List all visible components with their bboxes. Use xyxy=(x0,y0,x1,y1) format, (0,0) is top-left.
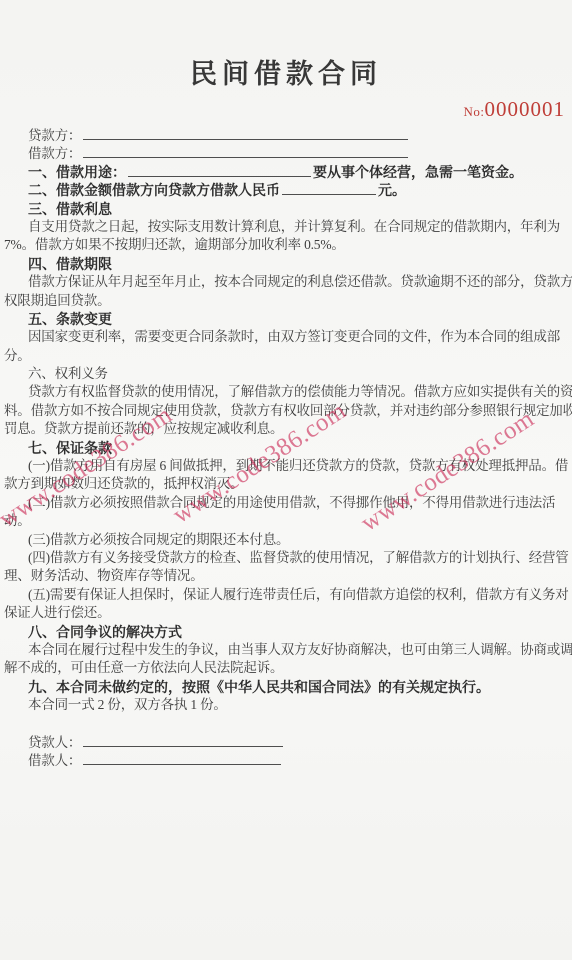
contract-line: 款方到期如数归还贷款的，抵押权消灭。 xyxy=(4,475,568,493)
fill-in-blank-line xyxy=(83,751,281,765)
line-text: 五、条款变更 xyxy=(28,311,112,327)
line-text: 料。借款方如不按合同规定使用贷款，贷款方有权收回部分贷款，并对违约部分参照银行规… xyxy=(4,403,572,418)
contract-line: 自支用贷款之日起，按实际支用数计算利息，并计算复利。在合同规定的借款期内，年利为 xyxy=(4,218,568,236)
line-text: 理、财务活动、物资库存等情况。 xyxy=(4,568,204,583)
lender-field: 贷款方： xyxy=(4,126,568,144)
line-text: 本合同在履行过程中发生的争议，由当事人双方友好协商解决，也可由第三人调解。协商或… xyxy=(28,642,572,657)
clause-8-heading: 八、合同争议的解决方式 xyxy=(4,623,568,641)
line-text: 借款方： xyxy=(28,146,81,161)
borrower-signature-field: 借款人： xyxy=(4,751,568,769)
contract-line: (二)借款方必须按照借款合同规定的用途使用借款，不得挪作他用，不得用借款进行违法… xyxy=(4,494,568,512)
contract-line: (四)借款方有义务接受贷款方的检查、监督贷款的使用情况，了解借款方的计划执行、经… xyxy=(4,549,568,567)
contract-line: 权限期追回贷款。 xyxy=(4,292,568,310)
line-text: 贷款方有权监督贷款的使用情况，了解借款方的偿债能力等情况。借款方应如实提供有关的… xyxy=(28,384,572,399)
line-text: 自支用贷款之日起，按实际支用数计算利息，并计算复利。在合同规定的借款期内，年利为 xyxy=(28,219,560,234)
line-text: 权限期追回贷款。 xyxy=(4,293,110,308)
contract-body: 贷款方：借款方：一、借款用途：要从事个体经营，急需一笔资金。二、借款金额借款方向… xyxy=(4,126,568,770)
contract-line: 分。 xyxy=(4,347,568,365)
contract-line: 因国家变更利率，需要变更合同条款时，由双方签订变更合同的文件，作为本合同的组成部 xyxy=(4,328,568,346)
lender-signature-field: 贷款人： xyxy=(4,733,568,751)
line-text: 本合同一式 2 份，双方各执 1 份。 xyxy=(28,697,227,712)
clause-5-heading: 五、条款变更 xyxy=(4,310,568,328)
line-text: 三、借款利息 xyxy=(28,201,112,217)
serial-number: No:0000001 xyxy=(464,97,566,122)
contract-line: 料。借款方如不按合同规定使用贷款，贷款方有权收回部分贷款，并对违约部分参照银行规… xyxy=(4,402,568,420)
clause-4-heading: 四、借款期限 xyxy=(4,255,568,273)
line-text: 贷款人： xyxy=(28,735,81,750)
line-text: 九、本合同未做约定的，按照《中华人民共和国合同法》的有关规定执行。 xyxy=(28,679,490,695)
contract-line: (一)借款方用自有房屋 6 间做抵押，到期不能归还贷款方的贷款，贷款方有权处理抵… xyxy=(4,457,568,475)
clause-6-heading: 六、权利义务 xyxy=(4,365,568,383)
clause-2-amount: 二、借款金额借款方向贷款方借款人民币元。 xyxy=(4,181,568,199)
line-text: 要从事个体经营，急需一笔资金。 xyxy=(313,164,523,180)
line-text: 因国家变更利率，需要变更合同条款时，由双方签订变更合同的文件，作为本合同的组成部 xyxy=(28,329,560,344)
clause-3-heading: 三、借款利息 xyxy=(4,200,568,218)
fill-in-blank-line xyxy=(282,181,376,195)
clause-1-purpose: 一、借款用途：要从事个体经营，急需一笔资金。 xyxy=(4,163,568,181)
contract-line: 罚息。贷款方提前还款的，应按规定减收利息。 xyxy=(4,420,568,438)
contract-line: 理、财务活动、物资库存等情况。 xyxy=(4,567,568,585)
line-text: (五)需要有保证人担保时，保证人履行连带责任后，有向借款方追偿的权利，借款方有义… xyxy=(28,587,569,602)
line-text: 贷款方： xyxy=(28,128,81,143)
line-text: 解不成的，可由任意一方依法向人民法院起诉。 xyxy=(4,660,283,675)
line-text: 八、合同争议的解决方式 xyxy=(28,624,182,640)
contract-line: 保证人进行偿还。 xyxy=(4,604,568,622)
line-text: 借款人： xyxy=(28,753,81,768)
contract-line: 本合同一式 2 份，双方各执 1 份。 xyxy=(4,696,568,714)
contract-line: 解不成的，可由任意一方依法向人民法院起诉。 xyxy=(4,659,568,677)
fill-in-blank-line xyxy=(83,144,408,158)
page-title: 民间借款合同 xyxy=(0,52,572,91)
serial-digits: 0000001 xyxy=(485,97,566,122)
line-text: 六、权利义务 xyxy=(28,366,108,381)
fill-in-blank-line xyxy=(83,733,283,747)
contract-line: 借款方保证从年月起至年月止，按本合同规定的利息偿还借款。贷款逾期不还的部分，贷款… xyxy=(4,273,568,291)
line-text: (二)借款方必须按照借款合同规定的用途使用借款，不得挪作他用，不得用借款进行违法… xyxy=(28,495,555,510)
contract-line: (五)需要有保证人担保时，保证人履行连带责任后，有向借款方追偿的权利，借款方有义… xyxy=(4,586,568,604)
contract-line: (三)借款方必须按合同规定的期限还本付息。 xyxy=(4,531,568,549)
contract-line: 7%。借款方如果不按期归还款，逾期部分加收利率 0.5%。 xyxy=(4,236,568,254)
fill-in-blank-line xyxy=(83,126,408,140)
line-text: 7%。借款方如果不按期归还款，逾期部分加收利率 0.5%。 xyxy=(4,237,345,252)
contract-line: 本合同在履行过程中发生的争议，由当事人双方友好协商解决，也可由第三人调解。协商或… xyxy=(4,641,568,659)
line-text: 二、借款金额借款方向贷款方借款人民币 xyxy=(28,182,280,198)
line-text: (三)借款方必须按合同规定的期限还本付息。 xyxy=(28,532,289,547)
contract-document: 民间借款合同 No:0000001 贷款方：借款方：一、借款用途：要从事个体经营… xyxy=(0,0,572,960)
borrower-field: 借款方： xyxy=(4,144,568,162)
line-text: (一)借款方用自有房屋 6 间做抵押，到期不能归还贷款方的贷款，贷款方有权处理抵… xyxy=(28,458,568,473)
fill-in-blank-line xyxy=(128,163,311,177)
line-text: 元。 xyxy=(378,182,406,198)
line-text: 分。 xyxy=(4,348,31,363)
serial-label: No: xyxy=(464,104,485,120)
scanned-contract-page: { "header": { "title": "民间借款合同", "serial… xyxy=(0,0,572,960)
clause-7-heading: 七、保证条款 xyxy=(4,439,568,457)
line-text: 一、借款用途： xyxy=(28,164,126,180)
line-text: 四、借款期限 xyxy=(28,256,112,272)
line-text: 罚息。贷款方提前还款的，应按规定减收利息。 xyxy=(4,421,283,436)
clause-9-heading: 九、本合同未做约定的，按照《中华人民共和国合同法》的有关规定执行。 xyxy=(4,678,568,696)
line-text: 保证人进行偿还。 xyxy=(4,605,110,620)
contract-line: 贷款方有权监督贷款的使用情况，了解借款方的偿债能力等情况。借款方应如实提供有关的… xyxy=(4,383,568,401)
line-text: 款方到期如数归还贷款的，抵押权消灭。 xyxy=(4,476,243,491)
line-text: 动。 xyxy=(4,513,31,528)
line-text: 七、保证条款 xyxy=(28,440,112,456)
line-text: (四)借款方有义务接受贷款方的检查、监督贷款的使用情况，了解借款方的计划执行、经… xyxy=(28,550,569,565)
contract-line: 动。 xyxy=(4,512,568,530)
line-text: 借款方保证从年月起至年月止，按本合同规定的利息偿还借款。贷款逾期不还的部分，贷款… xyxy=(28,274,572,289)
